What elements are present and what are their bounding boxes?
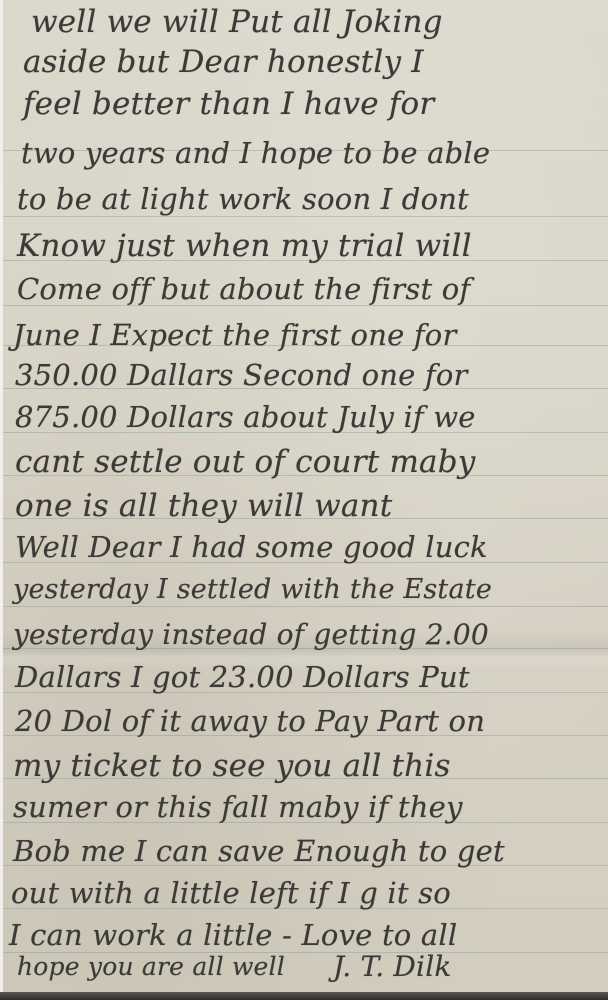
letter-line-17: 20 Dol of it away to Pay Part on xyxy=(15,704,485,738)
letter-line-15: yesterday instead of getting 2.00 xyxy=(13,618,489,651)
letter-line-23: hope you are all well xyxy=(17,952,285,981)
letter-line-6: Know just when my trial will xyxy=(17,228,472,264)
scan-edge xyxy=(0,992,608,1000)
letter-line-3: feel better than I have for xyxy=(23,86,434,122)
ruled-line xyxy=(3,606,608,607)
letter-line-5: to be at light work soon I dont xyxy=(17,182,469,216)
letter-page: well we will Put all Joking aside but De… xyxy=(0,0,608,992)
letter-line-22: I can work a little - Love to all xyxy=(9,918,457,952)
letter-line-8: June I Expect the first one for xyxy=(13,318,457,352)
letter-line-2: aside but Dear honestly I xyxy=(23,44,424,80)
signature: J. T. Dilk xyxy=(333,950,452,983)
letter-line-11: cant settle out of court maby xyxy=(15,444,476,480)
letter-line-9: 350.00 Dallars Second one for xyxy=(15,358,468,392)
letter-line-18: my ticket to see you all this xyxy=(13,748,451,784)
letter-line-13: Well Dear I had some good luck xyxy=(15,530,488,564)
letter-line-12: one is all they will want xyxy=(15,488,392,524)
letter-line-10: 875.00 Dollars about July if we xyxy=(15,400,476,434)
letter-line-19: sumer or this fall maby if they xyxy=(13,790,463,824)
ruled-line xyxy=(3,216,608,217)
letter-line-4: two years and I hope to be able xyxy=(21,136,490,170)
letter-line-20: Bob me I can save Enough to get xyxy=(13,834,505,868)
letter-line-16: Dallars I got 23.00 Dollars Put xyxy=(15,660,470,694)
letter-line-14: yesterday I settled with the Estate xyxy=(13,574,492,605)
letter-line-21: out with a little left if I g it so xyxy=(11,876,451,910)
letter-line-7: Come off but about the first of xyxy=(17,272,470,306)
letter-line-1: well we will Put all Joking xyxy=(31,4,443,40)
